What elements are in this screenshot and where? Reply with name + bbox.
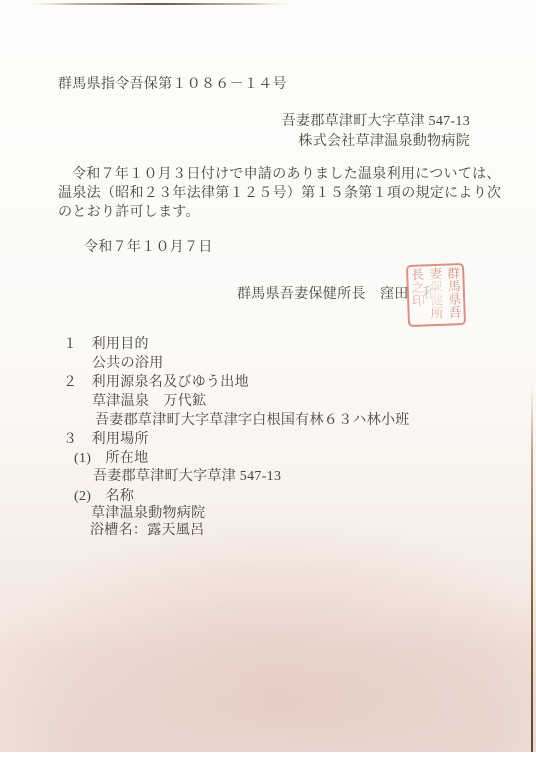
body-line: 温泉法（昭和２３年法律第１２５号）第１５条第１項の規定により次	[58, 184, 488, 203]
paper-right-edge	[531, 386, 533, 758]
permit-document-photo: 群馬県指令吾保第１０８６－１４号 吾妻郡草津町大字草津 547-13 株式会社草…	[0, 0, 536, 758]
item-source-name: 草津温泉 万代鉱	[92, 393, 206, 412]
official-red-seal: 群馬県吾妻保健所長之印	[406, 263, 466, 327]
photo-bottom-strip	[0, 752, 536, 758]
item-place-heading: ３ 利用場所	[63, 431, 149, 450]
body-line: 令和７年１０月３日付けで申請のありました温泉利用については、	[58, 165, 488, 184]
item-source-heading: ２ 利用源泉名及びゆう出地	[63, 374, 249, 393]
issue-date: 令和７年１０月７日	[84, 239, 213, 258]
item-address-value: 吾妻郡草津町大字草津 547-13	[93, 468, 281, 487]
document-number: 群馬県指令吾保第１０８６－１４号	[58, 76, 287, 95]
item-bathtub-name: 浴槽名：露天風呂	[90, 522, 204, 541]
body-paragraph: 令和７年１０月３日付けで申請のありました温泉利用については、 温泉法（昭和２３年…	[58, 165, 488, 222]
seal-text: 群馬県吾妻保健所長之印	[409, 266, 463, 324]
paper-top-edge	[28, 3, 292, 5]
recipient-address: 吾妻郡草津町大字草津 547-13	[282, 112, 470, 132]
item-purpose-value: 公共の浴用	[92, 355, 164, 374]
recipient-block: 吾妻郡草津町大字草津 547-13 株式会社草津温泉動物病院	[282, 112, 470, 152]
item-source-location: 吾妻郡草津町大字草津字白根国有林６３ハ林小班	[95, 412, 410, 431]
body-line: のとおり許可します。	[58, 203, 488, 222]
item-purpose-heading: １ 利用目的	[63, 336, 149, 355]
item-address-label: (1) 所在地	[74, 450, 148, 469]
recipient-name: 株式会社草津温泉動物病院	[282, 132, 470, 152]
